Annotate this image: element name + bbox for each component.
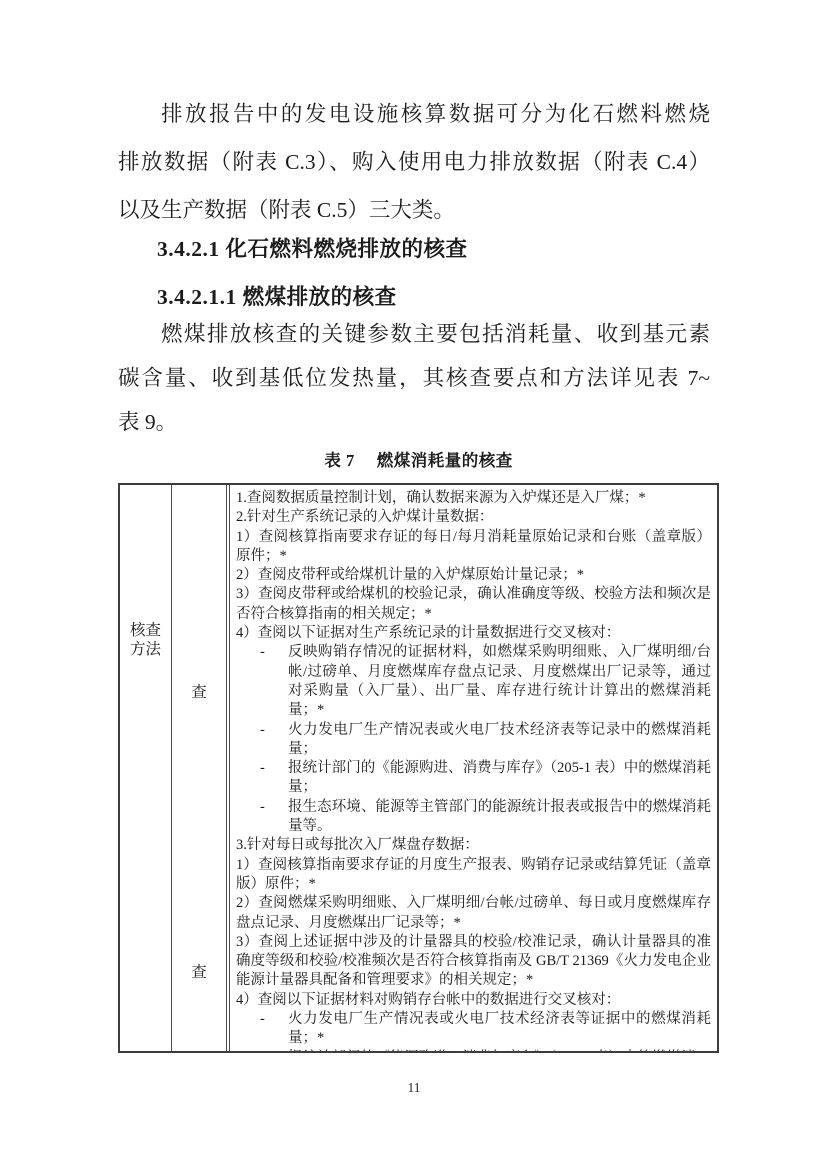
table-text-item: 4）查阅以下证据材料对购销存台帐中的数据进行交叉核对： <box>236 991 711 1010</box>
table-bullet-item: -火力发电厂生产情况表或火电厂技术经济表等证据中的燃煤消耗量；* <box>236 1010 711 1049</box>
heading-coal-emission-verification: 3.4.2.1.1 燃煤排放的核查 <box>157 282 719 312</box>
table-text-item: 1.查阅数据质量控制计划，确认数据来源为入炉煤还是入厂煤；* <box>236 489 711 508</box>
table-caption: 表 7燃煤消耗量的核查 <box>118 450 719 471</box>
method-mark: 查 <box>172 683 226 703</box>
method-mark: 查 <box>172 963 226 983</box>
bullet-text: 火力发电厂生产情况表或火电厂技术经济表等记录中的燃煤消耗量； <box>288 722 711 757</box>
table-content-cell: 1.查阅数据质量控制计划，确认数据来源为入炉煤还是入厂煤；*2.针对生产系统记录… <box>226 485 717 1051</box>
bullet-text: 报生态环境、能源等主管部门的能源统计报表或报告中的燃煤消耗量等。 <box>288 799 711 834</box>
bullet-text: 报统计部门的《能源购进、消费与库存》（205-1 表）中的燃煤消耗量； <box>288 760 711 795</box>
table-bullet-item: -报统计部门的《能源购进、消费与库存》（205-1 表）中的燃煤消耗量； <box>236 759 711 798</box>
table-row-header-cell: 核查方法 <box>120 485 172 1051</box>
paragraph-2: 燃煤排放核查的关键参数主要包括消耗量、收到基元素碳含量、收到基低位发热量，其核查… <box>118 312 710 444</box>
paragraph-line: 排放报告中的发电设施核算数据可分为化石燃料燃烧 <box>118 90 710 138</box>
bullet-dash-icon: - <box>260 798 265 817</box>
paragraph-line: 表 9。 <box>118 400 710 444</box>
bullet-text: 报统计部门的《能源购进、消费与库存》（205-1 表）中的燃煤消 <box>288 1050 695 1051</box>
table-text-item: 2）查阅皮带秤或给煤机计量的入炉煤原始计量记录；* <box>236 566 711 585</box>
table-bullet-item: -报统计部门的《能源购进、消费与库存》（205-1 表）中的燃煤消 <box>236 1049 711 1051</box>
paragraph-line: 碳含量、收到基低位发热量，其核查要点和方法详见表 7~ <box>118 356 710 400</box>
page-number: 11 <box>118 1079 710 1097</box>
paragraph-line: 燃煤排放核查的关键参数主要包括消耗量、收到基元素 <box>118 312 710 356</box>
paragraph-1: 排放报告中的发电设施核算数据可分为化石燃料燃烧排放数据（附表 C.3）、购入使用… <box>118 90 710 234</box>
page-content: 排放报告中的发电设施核算数据可分为化石燃料燃烧排放数据（附表 C.3）、购入使用… <box>118 0 719 1097</box>
bullet-text: 反映购销存情况的证据材料，如燃煤采购明细账、入厂煤明细/台帐/过磅单、月度燃煤库… <box>288 644 711 718</box>
bullet-dash-icon: - <box>260 1010 265 1029</box>
bullet-text: 火力发电厂生产情况表或火电厂技术经济表等证据中的燃煤消耗量；* <box>288 1011 711 1046</box>
table-caption-label: 表 7 <box>324 451 354 470</box>
table-text-item: 3.针对每日或每批次入厂煤盘存数据： <box>236 836 711 855</box>
table-text-item: 1）查阅核算指南要求存证的每日/每月消耗量原始记录和台账（盖章版）原件；* <box>236 528 711 567</box>
table-text-item: 1）查阅核算指南要求存证的月度生产报表、购销存记录或结算凭证（盖章版）原件；* <box>236 856 711 895</box>
bullet-dash-icon: - <box>260 759 265 778</box>
paragraph-line: 以及生产数据（附表 C.5）三大类。 <box>118 186 710 234</box>
table-text-item: 3）查阅皮带秤或给煤机的校验记录，确认准确度等级、校验方法和频次是否符合核算指南… <box>236 585 711 624</box>
bullet-dash-icon: - <box>260 643 265 662</box>
heading-fossil-fuel-verification: 3.4.2.1 化石燃料燃烧排放的核查 <box>157 234 719 264</box>
table-method-column: 查查 <box>172 485 226 1051</box>
document-page: 排放报告中的发电设施核算数据可分为化石燃料燃烧排放数据（附表 C.3）、购入使用… <box>0 0 826 1169</box>
table-text-item: 2）查阅燃煤采购明细账、入厂煤明细/台帐/过磅单、每日或月度燃煤库存盘点记录、月… <box>236 894 711 933</box>
table-bullet-item: -火力发电厂生产情况表或火电厂技术经济表等记录中的燃煤消耗量； <box>236 721 711 760</box>
table-text-item: 2.针对生产系统记录的入炉煤计量数据： <box>236 508 711 527</box>
table-caption-title: 燃煤消耗量的核查 <box>377 451 513 470</box>
table-text-item: 3）查阅上述证据中涉及的计量器具的校验/校准记录，确认计量器具的准确度等级和校验… <box>236 933 711 991</box>
table-bullet-item: -报生态环境、能源等主管部门的能源统计报表或报告中的燃煤消耗量等。 <box>236 798 711 837</box>
table-text-item: 4）查阅以下证据对生产系统记录的计量数据进行交叉核对： <box>236 624 711 643</box>
bullet-dash-icon: - <box>260 1049 265 1051</box>
paragraph-line: 排放数据（附表 C.3）、购入使用电力排放数据（附表 C.4） <box>118 138 710 186</box>
bullet-dash-icon: - <box>260 721 265 740</box>
row-header-label: 核查方法 <box>129 621 163 659</box>
table-bullet-item: -反映购销存情况的证据材料，如燃煤采购明细账、入厂煤明细/台帐/过磅单、月度燃煤… <box>236 643 711 720</box>
verification-table: 核查方法 查查 1.查阅数据质量控制计划，确认数据来源为入炉煤还是入厂煤；*2.… <box>118 483 719 1053</box>
